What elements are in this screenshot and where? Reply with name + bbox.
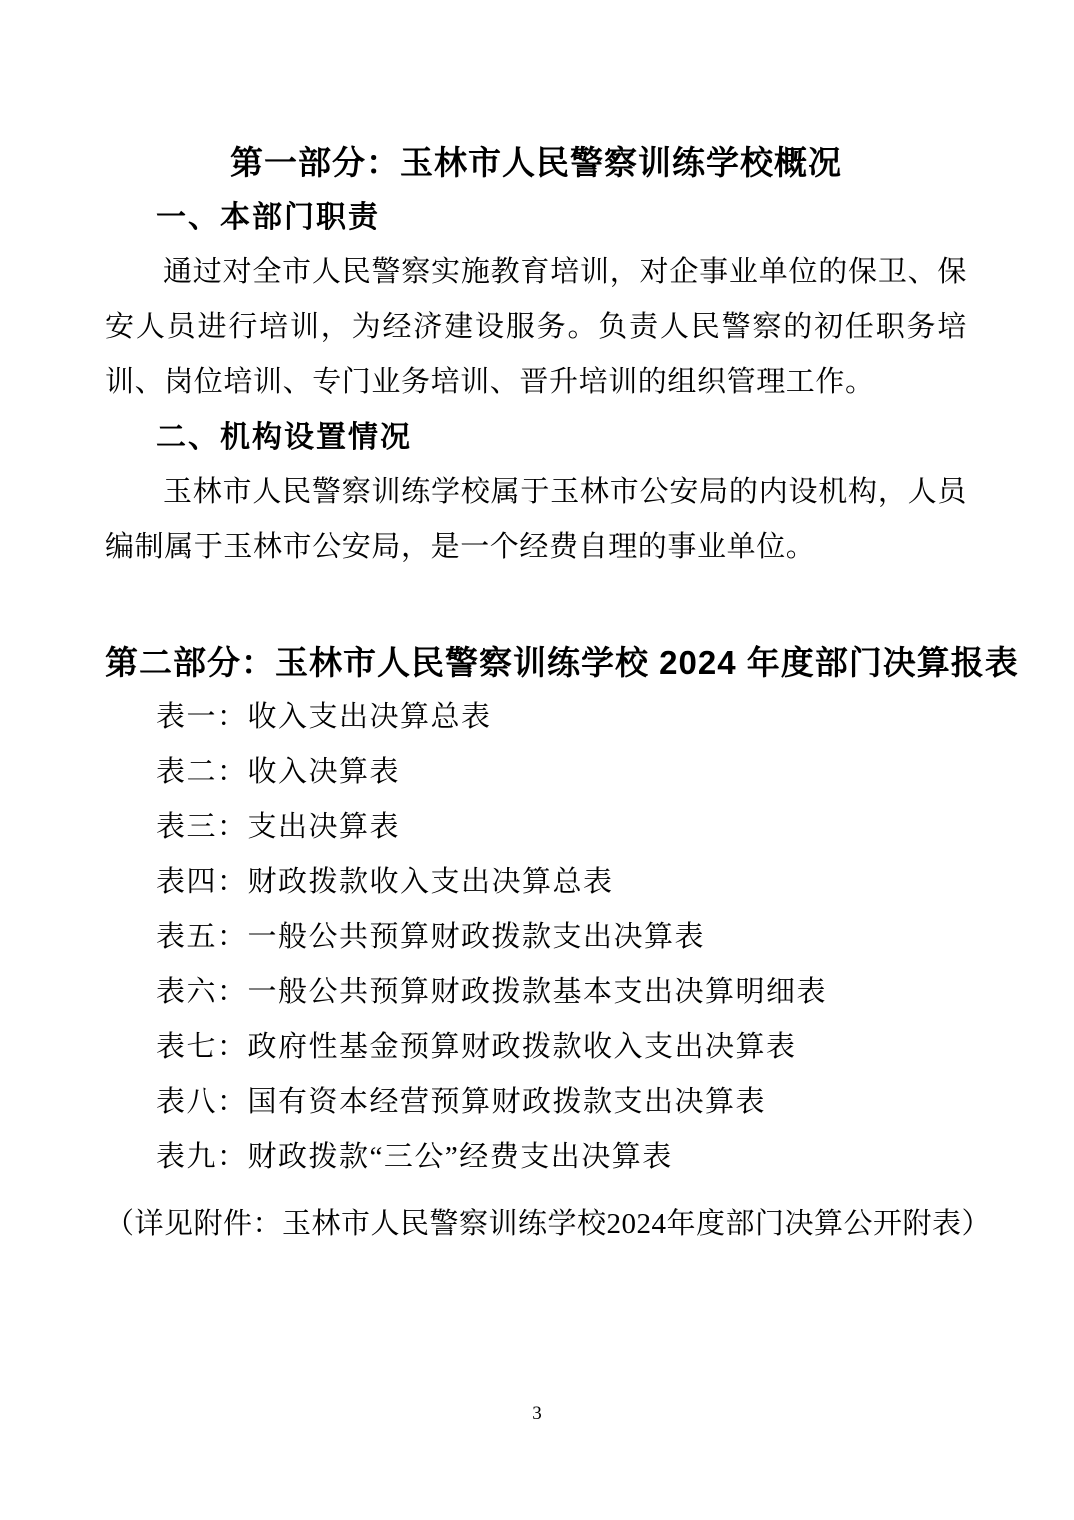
- table-list-item-1: 表一：收入支出决算总表: [105, 690, 967, 745]
- page-number: 3: [0, 1403, 1074, 1425]
- attachment-note: （详见附件：玉林市人民警察训练学校2024年度部门决算公开附表）: [105, 1197, 967, 1252]
- table-list-item-3: 表三：支出决算表: [105, 800, 967, 855]
- document-page: 第一部分：玉林市人民警察训练学校概况 一、本部门职责 通过对全市人民警察实施教育…: [0, 0, 1074, 1520]
- table-list-item-5: 表五：一般公共预算财政拨款支出决算表: [105, 910, 967, 965]
- page-content: 第一部分：玉林市人民警察训练学校概况 一、本部门职责 通过对全市人民警察实施教育…: [105, 135, 967, 1252]
- table-list-item-2: 表二：收入决算表: [105, 745, 967, 800]
- section1-heading: 一、本部门职责: [105, 190, 967, 245]
- table-list-item-7: 表七：政府性基金预算财政拨款收入支出决算表: [105, 1020, 967, 1075]
- section2-paragraph: 玉林市人民警察训练学校属于玉林市公安局的内设机构，人员编制属于玉林市公安局，是一…: [105, 465, 967, 575]
- part1-title: 第一部分：玉林市人民警察训练学校概况: [105, 135, 967, 190]
- table-list-item-4: 表四：财政拨款收入支出决算总表: [105, 855, 967, 910]
- table-list-item-6: 表六：一般公共预算财政拨款基本支出决算明细表: [105, 965, 967, 1020]
- table-list-item-9: 表九：财政拨款“三公”经费支出决算表: [105, 1130, 967, 1185]
- section1-paragraph: 通过对全市人民警察实施教育培训，对企事业单位的保卫、保安人员进行培训，为经济建设…: [105, 245, 967, 410]
- part2-title: 第二部分：玉林市人民警察训练学校 2024 年度部门决算报表: [105, 635, 967, 690]
- table-list-item-8: 表八：国有资本经营预算财政拨款支出决算表: [105, 1075, 967, 1130]
- section2-heading: 二、机构设置情况: [105, 410, 967, 465]
- table-list: 表一：收入支出决算总表 表二：收入决算表 表三：支出决算表 表四：财政拨款收入支…: [105, 690, 967, 1185]
